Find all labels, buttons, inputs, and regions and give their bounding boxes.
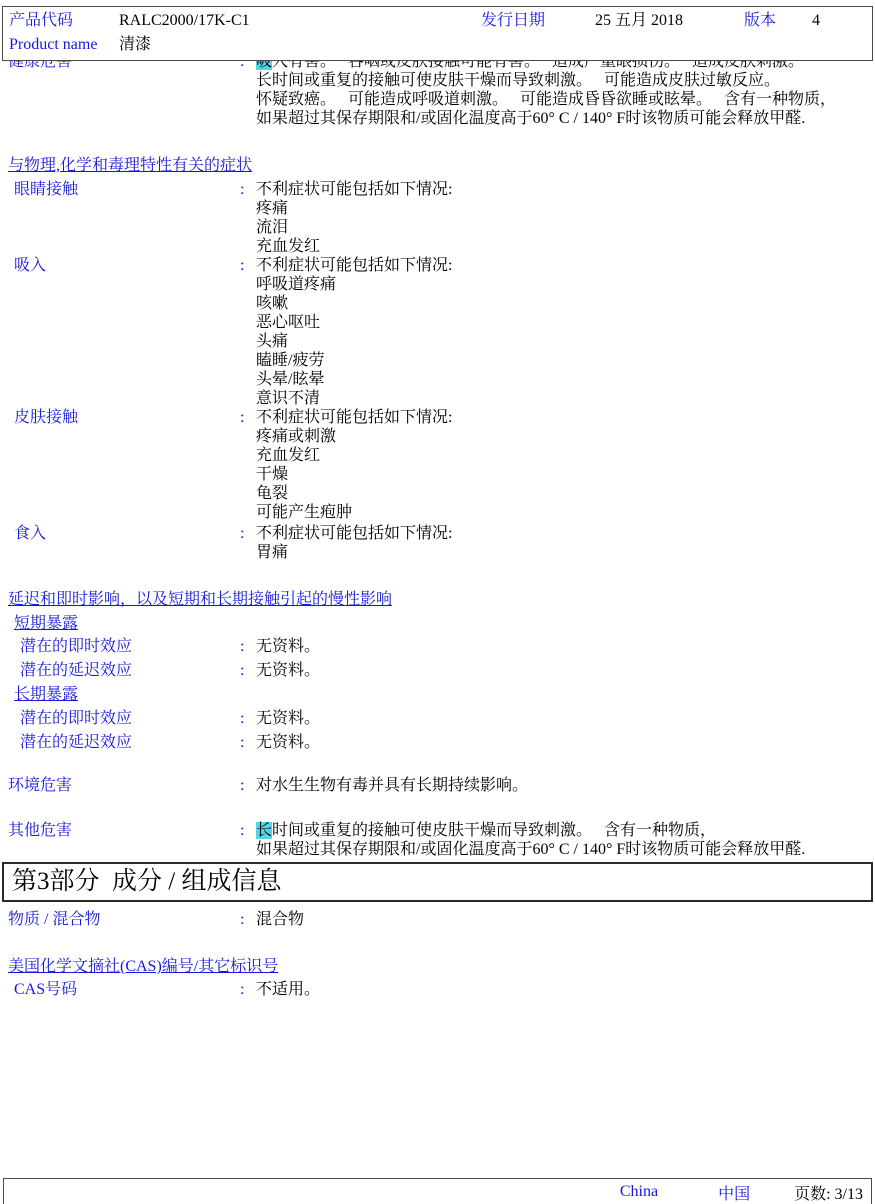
version-value: 4	[812, 12, 820, 30]
colon-separator: :	[240, 910, 256, 929]
colon-separator: :	[240, 733, 256, 752]
colon-separator: :	[240, 256, 256, 275]
ingestion-value: 不利症状可能包括如下情况: 胃痛	[256, 524, 452, 562]
environmental-hazard-label: 环境危害	[8, 776, 240, 795]
health-hazard-row: 健康危害 : 吸入有害。 吞咽或皮肤接触可能有害。 造成严重眼损伤。 造成皮肤刺…	[0, 52, 875, 128]
sds-document-page: 产品代码 RALC2000/17K-C1 发行日期 25 五月 2018 版本 …	[0, 6, 875, 1204]
long-term-exposure-heading: 长期暴露	[0, 685, 875, 704]
cas-heading: 美国化学文摘社(CAS)编号/其它标识号	[0, 957, 875, 976]
version-label: 版本	[744, 12, 776, 30]
document-header: 产品代码 RALC2000/17K-C1 发行日期 25 五月 2018 版本 …	[2, 6, 873, 61]
skin-contact-label: 皮肤接触	[14, 408, 240, 427]
short-term-exposure-heading: 短期暴露	[0, 614, 875, 633]
cas-number-label: CAS号码	[14, 980, 240, 999]
issue-date-label: 发行日期	[481, 12, 545, 30]
document-footer: China 中国 页数: 3/13	[3, 1178, 872, 1204]
colon-separator: :	[240, 821, 256, 840]
other-hazards-text: 时间或重复的接触可使皮肤干燥而导致刺激。 含有一种物质， 如果超过其保存期限和/…	[256, 822, 805, 858]
other-hazards-label: 其他危害	[8, 821, 240, 840]
highlighted-character: 长	[256, 822, 272, 839]
ingestion-row: 食入 : 不利症状可能包括如下情况: 胃痛	[0, 524, 875, 562]
issue-date-value: 25 五月 2018	[595, 12, 683, 30]
colon-separator: :	[240, 180, 256, 199]
environmental-hazard-row: 环境危害 : 对水生生物有毒并具有长期持续影响。	[0, 776, 875, 795]
short-term-immediate-row: 潜在的即时效应 : 无资料。	[0, 637, 875, 656]
substance-mixture-row: 物质 / 混合物 : 混合物	[0, 910, 875, 929]
product-code-label: 产品代码	[9, 12, 73, 30]
section3-header: 第3部分 成分 / 组成信息	[2, 862, 873, 902]
short-term-delayed-row: 潜在的延迟效应 : 无资料。	[0, 661, 875, 680]
potential-immediate-value: 无资料。	[256, 637, 320, 656]
long-term-immediate-row: 潜在的即时效应 : 无资料。	[0, 709, 875, 728]
health-hazard-value: 吸入有害。 吞咽或皮肤接触可能有害。 造成严重眼损伤。 造成皮肤刺激。 长时间或…	[256, 52, 836, 128]
potential-delayed-value: 无资料。	[256, 661, 320, 680]
potential-delayed-label: 潜在的延迟效应	[20, 733, 240, 752]
footer-country-cn: 中国	[718, 1181, 750, 1204]
eye-contact-label: 眼睛接触	[14, 180, 240, 199]
product-code-value: RALC2000/17K-C1	[119, 12, 250, 30]
inhalation-label: 吸入	[14, 256, 240, 275]
colon-separator: :	[240, 980, 256, 999]
colon-separator: :	[240, 408, 256, 427]
eye-contact-row: 眼睛接触 : 不利症状可能包括如下情况: 疼痛 流泪 充血发红	[0, 180, 875, 256]
colon-separator: :	[240, 776, 256, 795]
potential-delayed-label: 潜在的延迟效应	[20, 661, 240, 680]
other-hazards-row: 其他危害 : 长时间或重复的接触可使皮肤干燥而导致刺激。 含有一种物质， 如果超…	[0, 821, 875, 859]
substance-mixture-value: 混合物	[256, 910, 304, 929]
cas-number-value: 不适用。	[256, 980, 320, 999]
eye-contact-value: 不利症状可能包括如下情况: 疼痛 流泪 充血发红	[256, 180, 452, 256]
ingestion-label: 食入	[14, 524, 240, 543]
potential-immediate-value: 无资料。	[256, 709, 320, 728]
cas-number-row: CAS号码 : 不适用。	[0, 980, 875, 999]
potential-delayed-value: 无资料。	[256, 733, 320, 752]
skin-contact-row: 皮肤接触 : 不利症状可能包括如下情况: 疼痛或刺激 充血发红 干燥 龟裂 可能…	[0, 408, 875, 522]
inhalation-value: 不利症状可能包括如下情况: 呼吸道疼痛 咳嗽 恶心呕吐 头痛 瞌睡/疲劳 头晕/…	[256, 256, 452, 408]
potential-immediate-label: 潜在的即时效应	[20, 709, 240, 728]
colon-separator: :	[240, 524, 256, 543]
other-hazards-value: 长时间或重复的接触可使皮肤干燥而导致刺激。 含有一种物质， 如果超过其保存期限和…	[256, 821, 805, 859]
inhalation-row: 吸入 : 不利症状可能包括如下情况: 呼吸道疼痛 咳嗽 恶心呕吐 头痛 瞌睡/疲…	[0, 256, 875, 408]
colon-separator: :	[240, 661, 256, 680]
skin-contact-value: 不利症状可能包括如下情况: 疼痛或刺激 充血发红 干燥 龟裂 可能产生疱肿	[256, 408, 452, 522]
environmental-hazard-value: 对水生生物有毒并具有长期持续影响。	[256, 776, 528, 795]
potential-immediate-label: 潜在的即时效应	[20, 637, 240, 656]
product-name-label: Product name	[9, 36, 97, 54]
footer-page-number: 页数: 3/13	[794, 1181, 863, 1204]
footer-country-en: China	[620, 1183, 658, 1201]
product-name-value: 清漆	[119, 36, 151, 54]
health-hazard-text: 入有害。 吞咽或皮肤接触可能有害。 造成严重眼损伤。 造成皮肤刺激。 长时间或重…	[256, 53, 836, 127]
long-term-delayed-row: 潜在的延迟效应 : 无资料。	[0, 733, 875, 752]
substance-mixture-label: 物质 / 混合物	[8, 910, 240, 929]
delayed-effects-heading: 延迟和即时影响，以及短期和长期接触引起的慢性影响	[0, 590, 875, 609]
colon-separator: :	[240, 637, 256, 656]
symptoms-heading: 与物理,化学和毒理特性有关的症状	[0, 156, 875, 175]
colon-separator: :	[240, 709, 256, 728]
